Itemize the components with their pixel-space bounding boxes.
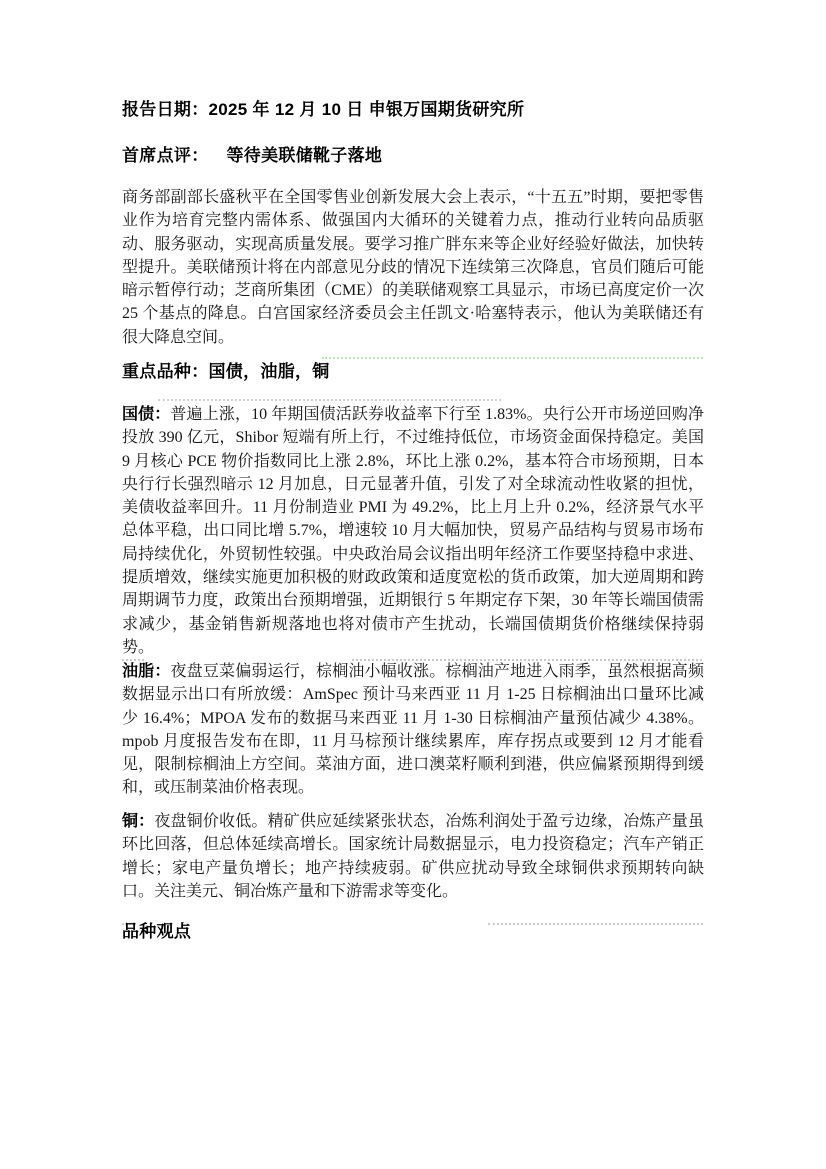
dotted-separator-views xyxy=(488,923,703,925)
dotted-separator-top xyxy=(322,357,703,359)
chief-comment-heading: 首席点评：等待美联储靴子落地 xyxy=(122,146,382,166)
intro-paragraph: 商务部副部长盛秋平在全国零售业创新发展大会上表示，“十五五”时期，要把零售业作为… xyxy=(122,186,704,349)
section-bonds-text: 普遍上涨，10 年期国债活跃券收益率下行至 1.83%。央行公开市场逆回购净投放… xyxy=(122,406,704,656)
variety-views-heading: 品种观点 xyxy=(122,922,191,942)
key-varieties-heading: 重点品种：国债，油脂，铜 xyxy=(122,362,330,382)
chief-comment-title: 等待美联储靴子落地 xyxy=(227,146,383,165)
dotted-separator-bonds xyxy=(158,399,501,401)
section-copper-text: 夜盘铜价收低。精矿供应延续紧张状态，冶炼利润处于盈亏边缘，冶炼产量虽环比回落，但… xyxy=(122,813,704,900)
report-date-line: 报告日期：2025 年 12 月 10 日 申银万国期货研究所 xyxy=(122,100,524,120)
section-copper: 铜：夜盘铜价收低。精矿供应延续紧张状态，冶炼利润处于盈亏边缘，冶炼产量虽环比回落… xyxy=(122,810,704,903)
section-oils-text: 夜盘豆菜偏弱运行，棕榈油小幅收涨。棕榈油产地进入雨季，虽然根据高频数据显示出口有… xyxy=(122,663,704,796)
section-oils: 油脂：夜盘豆菜偏弱运行，棕榈油小幅收涨。棕榈油产地进入雨季，虽然根据高频数据显示… xyxy=(122,660,704,800)
section-oils-label: 油脂： xyxy=(122,663,171,680)
section-copper-label: 铜： xyxy=(122,813,154,830)
chief-comment-label: 首席点评： xyxy=(122,146,209,165)
report-page: 报告日期：2025 年 12 月 10 日 申银万国期货研究所 首席点评：等待美… xyxy=(0,0,826,1169)
section-bonds: 国债：普遍上涨，10 年期国债活跃券收益率下行至 1.83%。央行公开市场逆回购… xyxy=(122,403,704,659)
section-bonds-label: 国债： xyxy=(122,406,170,423)
